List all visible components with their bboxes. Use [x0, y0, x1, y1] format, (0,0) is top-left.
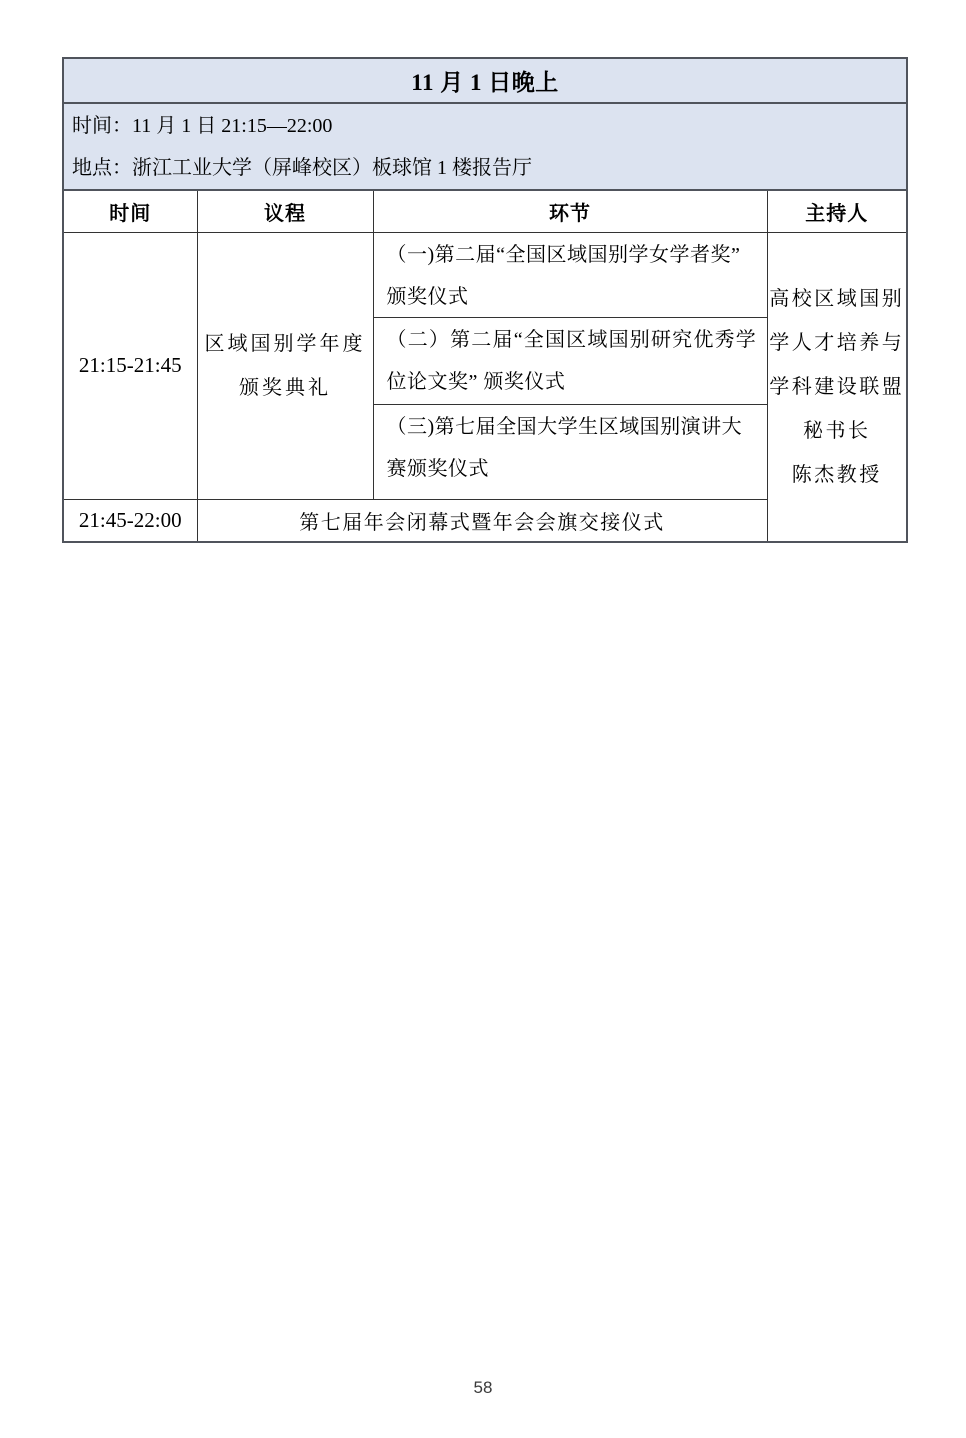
column-header-agenda: 议程 — [197, 190, 373, 232]
column-header-host: 主持人 — [767, 190, 907, 232]
agenda-line: 颁奖典礼 — [198, 366, 373, 410]
step-line: 颁奖仪式 — [387, 276, 759, 318]
step-item-3: （三)第七届全国大学生区域国别演讲大 赛颁奖仪式 — [374, 405, 767, 499]
step-line: 位论文奖” 颁奖仪式 — [387, 361, 759, 403]
step-line: （一)第二届“全国区域国别学女学者奖” — [387, 234, 759, 276]
step-item-2: （二）第二届“全国区域国别研究优秀学 位论文奖” 颁奖仪式 — [374, 318, 767, 405]
table-row: 21:15-21:45 区域国别学年度 颁奖典礼 （一)第二届“全国区域国别学女… — [63, 232, 907, 499]
page-number: 58 — [0, 1378, 966, 1398]
step-line: 赛颁奖仪式 — [387, 448, 759, 490]
session-info-cell: 时间：11 月 1 日 21:15—22:00 地点：浙江工业大学（屏峰校区）板… — [63, 103, 907, 190]
row1-host: 高校区域国别 学人才培养与 学科建设联盟 秘书长 陈杰教授 — [767, 232, 907, 542]
session-title: 11 月 1 日晚上 — [63, 58, 907, 103]
host-line: 学科建设联盟 — [768, 365, 907, 409]
session-time: 时间：11 月 1 日 21:15—22:00 — [72, 105, 898, 147]
host-line: 陈杰教授 — [768, 453, 907, 497]
row1-agenda: 区域国别学年度 颁奖典礼 — [197, 232, 373, 499]
step-line: （三)第七届全国大学生区域国别演讲大 — [387, 406, 759, 448]
row1-time: 21:15-21:45 — [63, 232, 197, 499]
host-line: 学人才培养与 — [768, 321, 907, 365]
column-header-time: 时间 — [63, 190, 197, 232]
agenda-line: 区域国别学年度 — [198, 322, 373, 366]
session-title-row: 11 月 1 日晚上 — [63, 58, 907, 103]
host-line: 高校区域国别 — [768, 277, 907, 321]
session-venue: 地点：浙江工业大学（屏峰校区）板球馆 1 楼报告厅 — [72, 147, 898, 189]
step-line: （二）第二届“全国区域国别研究优秀学 — [387, 319, 759, 361]
column-header-row: 时间 议程 环节 主持人 — [63, 190, 907, 232]
host-line: 秘书长 — [768, 409, 907, 453]
schedule-table: 11 月 1 日晚上 时间：11 月 1 日 21:15—22:00 地点：浙江… — [62, 57, 908, 543]
row2-time: 21:45-22:00 — [63, 499, 197, 542]
step-item-1: （一)第二届“全国区域国别学女学者奖” 颁奖仪式 — [374, 233, 767, 318]
row2-event: 第七届年会闭幕式暨年会会旗交接仪式 — [197, 499, 767, 542]
row1-steps: （一)第二届“全国区域国别学女学者奖” 颁奖仪式 （二）第二届“全国区域国别研究… — [373, 232, 767, 499]
column-header-steps: 环节 — [373, 190, 767, 232]
session-info-row: 时间：11 月 1 日 21:15—22:00 地点：浙江工业大学（屏峰校区）板… — [63, 103, 907, 190]
document-page: 11 月 1 日晚上 时间：11 月 1 日 21:15—22:00 地点：浙江… — [0, 0, 966, 1438]
